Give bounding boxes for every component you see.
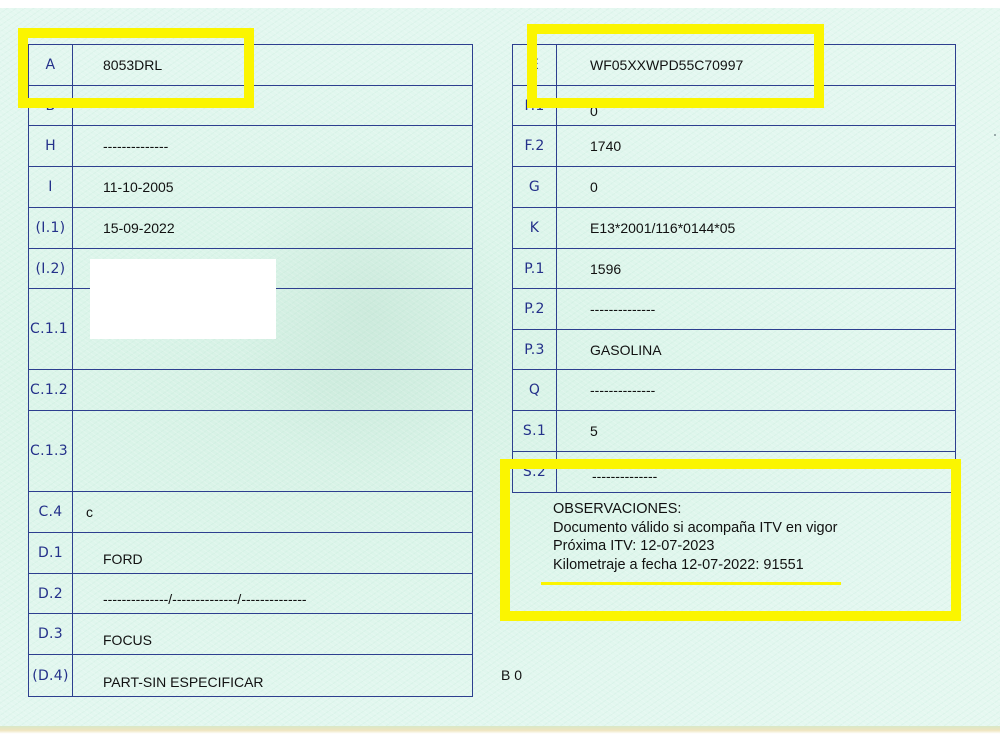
table-row: I11-10-2005: [29, 167, 472, 208]
field-value: 5: [590, 411, 955, 451]
field-value: --------------: [590, 289, 955, 329]
table-row: G0: [513, 167, 955, 208]
field-code: D.3: [29, 614, 73, 654]
highlight-box-plate: [18, 28, 254, 108]
field-value: [103, 411, 472, 491]
field-code: S.1: [513, 411, 557, 451]
table-row: H--------------: [29, 126, 472, 167]
scan-speck: [994, 134, 996, 136]
field-value: 11-10-2005: [103, 167, 472, 207]
table-row: S.15: [513, 411, 955, 452]
field-value: --------------: [103, 126, 472, 166]
field-code: (I.2): [29, 249, 73, 288]
table-row: KE13*2001/116*0144*05: [513, 208, 955, 249]
field-code: I: [29, 167, 73, 207]
table-row: C.1.3: [29, 411, 472, 492]
field-value: [103, 370, 472, 410]
footer-code: B 0: [501, 667, 522, 683]
field-code: K: [513, 208, 557, 248]
field-code: H: [29, 126, 73, 166]
field-value: FORD: [103, 533, 472, 573]
field-value: --------------: [590, 370, 955, 410]
field-code: C.1.2: [29, 370, 73, 410]
table-row: Q--------------: [513, 370, 955, 411]
field-code: D.1: [29, 533, 73, 573]
field-value: --------------/--------------/----------…: [103, 574, 472, 613]
table-row: D.1FORD: [29, 533, 472, 574]
field-code: (I.1): [29, 208, 73, 248]
table-row: F.21740: [513, 126, 955, 167]
table-row: D.2--------------/--------------/-------…: [29, 574, 472, 614]
table-row: (I.1)15-09-2022: [29, 208, 472, 249]
left-data-table: A8053DRLB--------------H--------------I1…: [28, 44, 473, 697]
redacted-area: [90, 259, 276, 339]
table-row: P.11596: [513, 249, 955, 289]
field-code: Q: [513, 370, 557, 410]
field-value: PART-SIN ESPECIFICAR: [103, 655, 472, 696]
field-value: c: [86, 492, 472, 532]
field-code: P.1: [513, 249, 557, 288]
field-value: E13*2001/116*0144*05: [590, 208, 955, 248]
field-value: 15-09-2022: [103, 208, 472, 248]
field-value: 0: [590, 167, 955, 207]
field-code: F.2: [513, 126, 557, 166]
highlight-box-vin: [527, 24, 824, 108]
table-row: (D.4)PART-SIN ESPECIFICAR: [29, 655, 472, 696]
field-value: FOCUS: [103, 614, 472, 654]
paper-edge: [0, 726, 1000, 737]
highlight-box-observations: [500, 459, 961, 621]
right-data-table: EWF05XXWPD55C70997F.10F.21740G0KE13*2001…: [512, 44, 956, 493]
table-row: P.2--------------: [513, 289, 955, 330]
field-value: 1596: [590, 249, 955, 288]
field-code: D.2: [29, 574, 73, 613]
field-code: P.3: [513, 330, 557, 369]
field-code: G: [513, 167, 557, 207]
field-value: GASOLINA: [590, 330, 955, 369]
field-code: C.1.3: [29, 411, 73, 491]
table-row: P.3GASOLINA: [513, 330, 955, 370]
table-row: C.1.2: [29, 370, 472, 411]
table-row: D.3FOCUS: [29, 614, 472, 655]
field-code: P.2: [513, 289, 557, 329]
field-code: C.4: [29, 492, 73, 532]
field-code: (D.4): [29, 655, 73, 696]
field-value: 1740: [590, 126, 955, 166]
table-row: C.4c: [29, 492, 472, 533]
field-code: C.1.1: [29, 289, 73, 369]
